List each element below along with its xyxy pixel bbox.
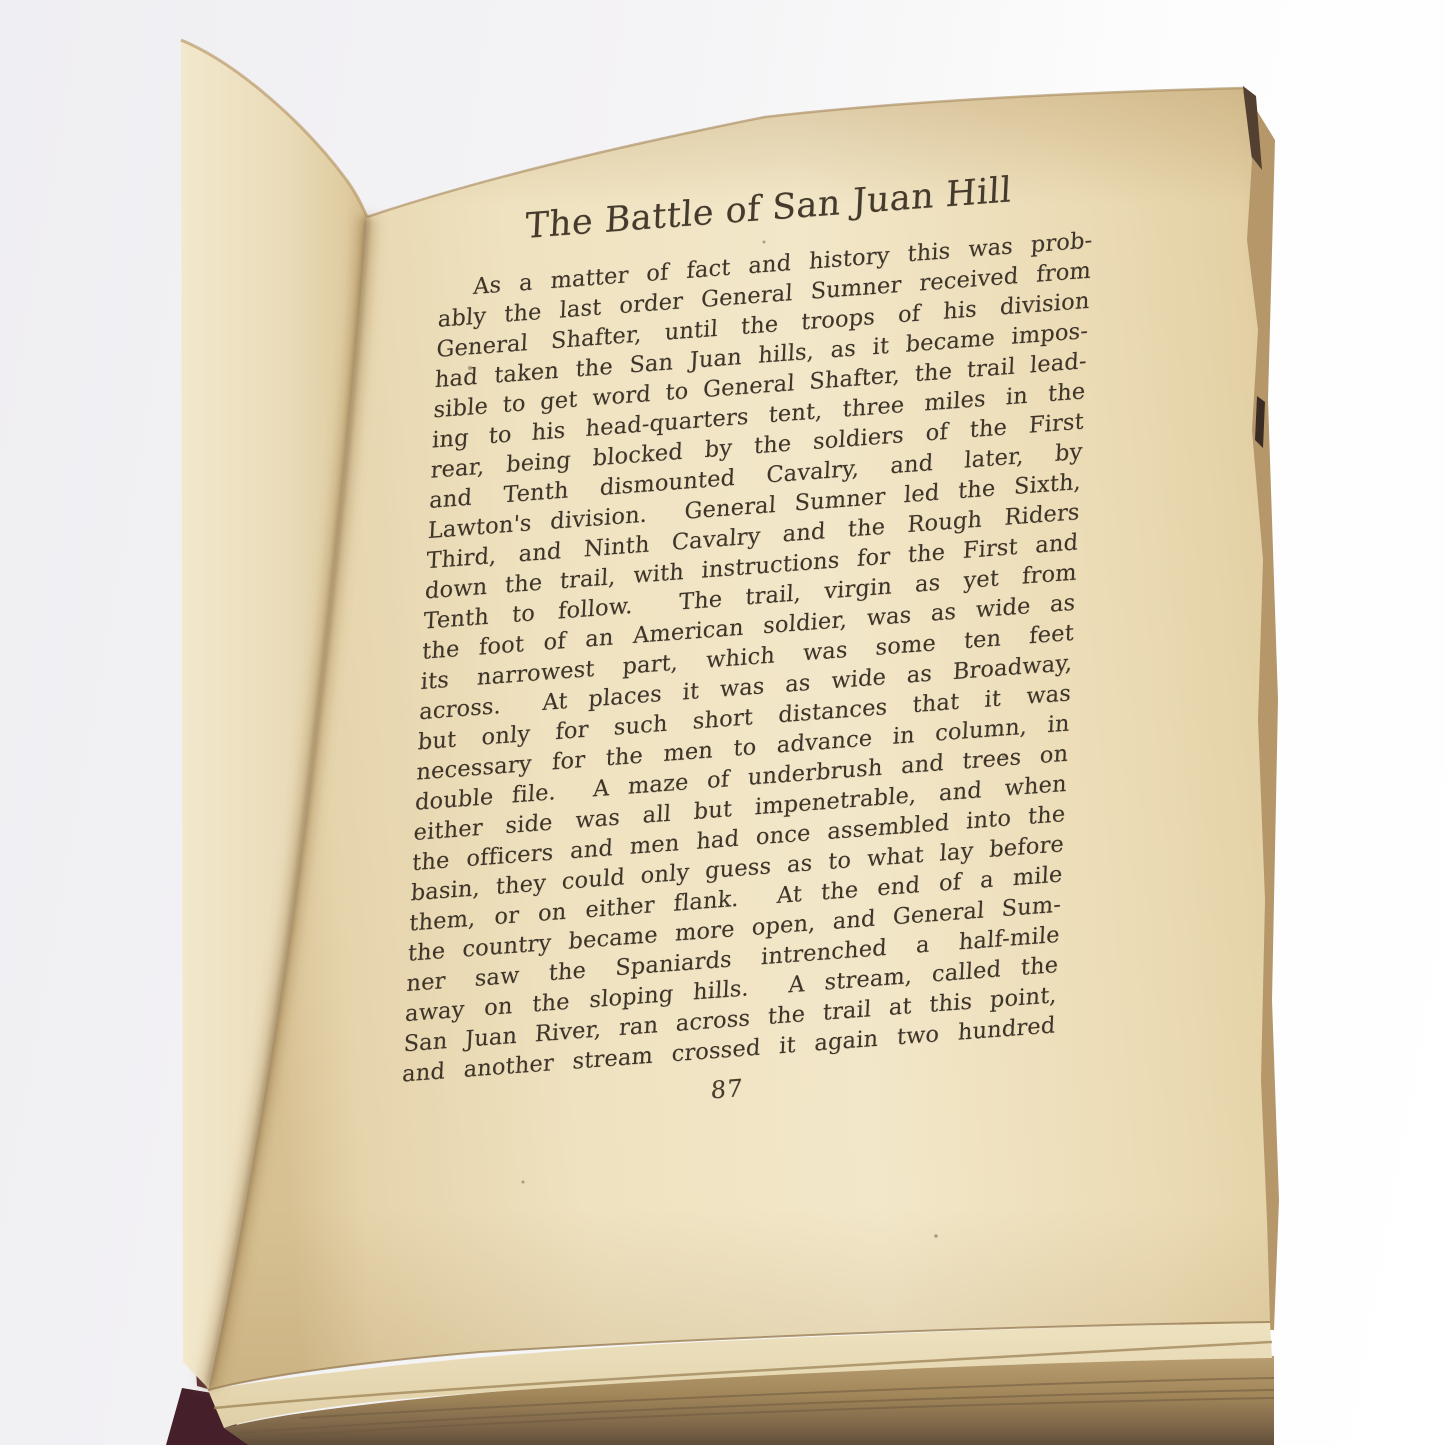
- book-photo: The Battle of San Juan Hill As a matter …: [0, 0, 1445, 1445]
- body-text: As a matter of fact and history this was…: [402, 225, 1094, 1089]
- page-text-block: The Battle of San Juan Hill As a matter …: [400, 161, 1096, 1128]
